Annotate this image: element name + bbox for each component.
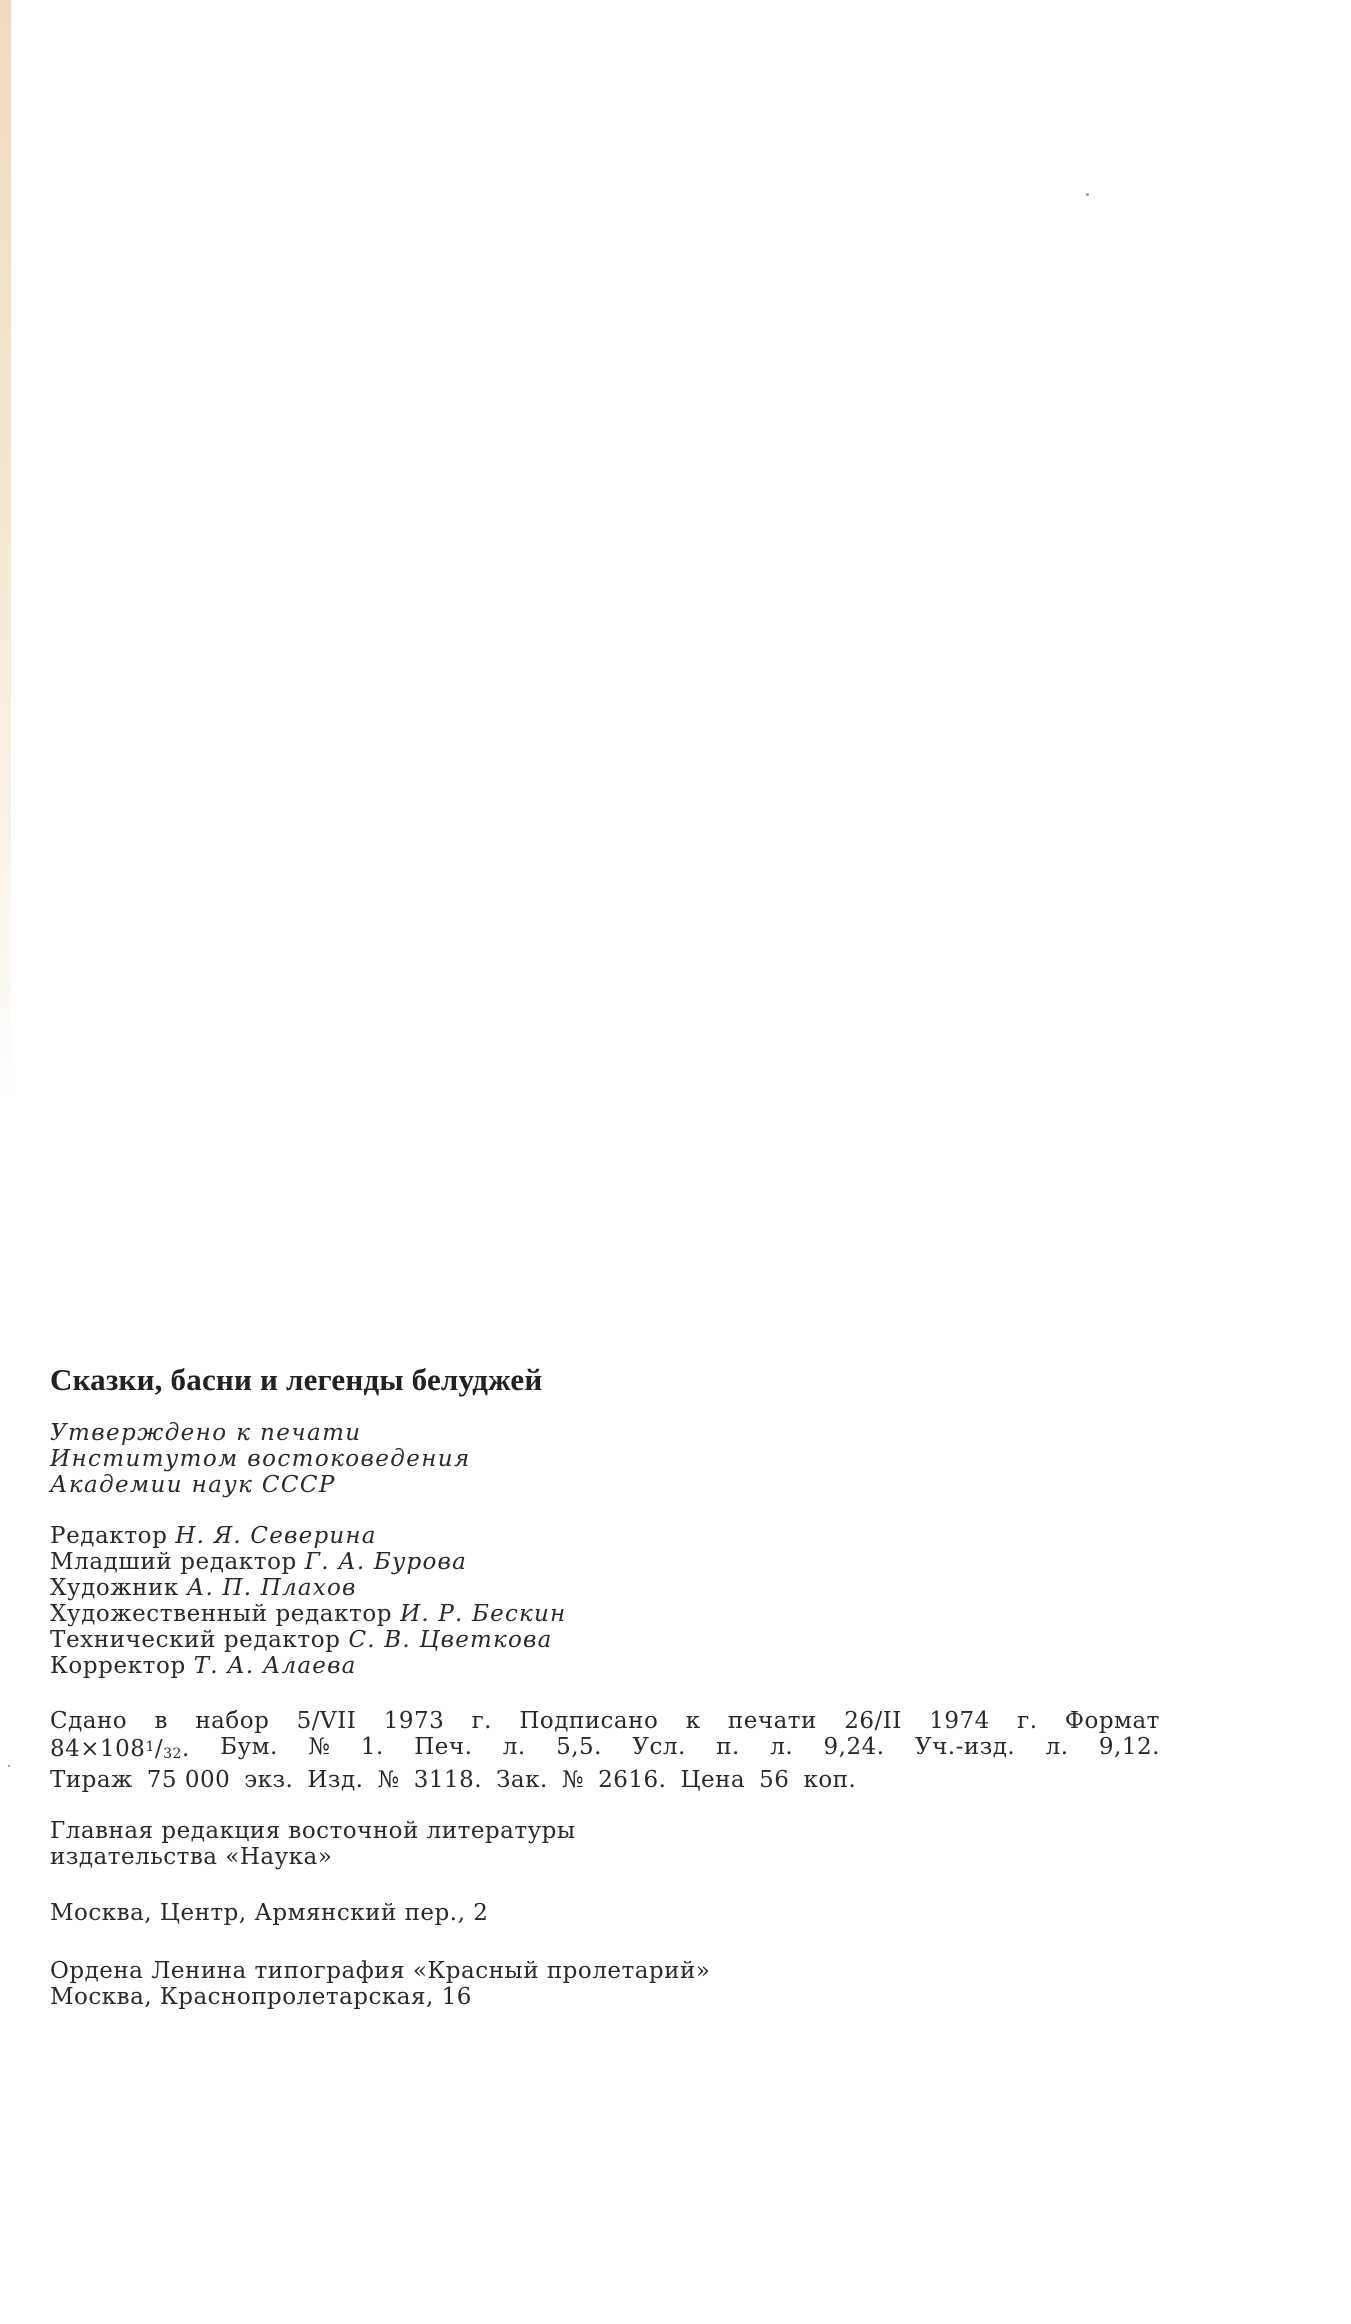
imprint-line-print-run: Тираж75 000экз.Изд.№3118.Зак.№2616.Цена5… (50, 1767, 1160, 1793)
address-line: Москва, Центр, Армянский пер., 2 (50, 1900, 488, 1926)
imprint-word: 9,24. (824, 1734, 885, 1767)
imprint-word: Формат (1065, 1708, 1160, 1734)
imprint-word: л. (770, 1734, 793, 1767)
credit-line: Редактор Н. Я. Северина (50, 1523, 566, 1549)
imprint-word: к (686, 1708, 701, 1734)
publisher-address: Москва, Центр, Армянский пер., 2 (50, 1900, 488, 1926)
credit-name: С. В. Цветкова (348, 1627, 552, 1653)
credit-role: Художник (50, 1575, 179, 1601)
imprint-word: Зак. (496, 1767, 548, 1793)
imprint-details: Сдановнабор5/VII1973г.Подписанокпечати26… (50, 1708, 1160, 1793)
paper-speck (8, 1765, 10, 1767)
imprint-word: 1. (361, 1734, 384, 1767)
imprint-word: 5,5. (556, 1734, 602, 1767)
imprint-word: Печ. (414, 1734, 472, 1767)
imprint-word: п. (716, 1734, 740, 1767)
credit-name: Т. А. Алаева (194, 1653, 357, 1679)
imprint-word: л. (503, 1734, 526, 1767)
imprint-word: 2616. (598, 1767, 666, 1793)
credit-name: Н. Я. Северина (175, 1523, 376, 1549)
imprint-word: в (155, 1708, 168, 1734)
book-title: Сказки, басни и легенды белуджей (50, 1362, 542, 1398)
publisher-line: Главная редакция восточной литературы (50, 1818, 576, 1844)
credit-line: Художественный редактор И. Р. Бескин (50, 1601, 566, 1627)
imprint-word: печати (728, 1708, 817, 1734)
credit-name: А. П. Плахов (187, 1575, 357, 1601)
imprint-word: № (377, 1767, 399, 1793)
imprint-word: Сдано (50, 1708, 127, 1734)
imprint-word: Цена (680, 1767, 745, 1793)
imprint-word: Бум. (220, 1734, 278, 1767)
approval-line: Академии наук СССР (50, 1472, 471, 1498)
imprint-word: 1974 (929, 1708, 990, 1734)
credit-role: Корректор (50, 1653, 186, 1679)
imprint-word: г. (1017, 1708, 1037, 1734)
credit-line: Корректор Т. А. Алаева (50, 1653, 566, 1679)
imprint-word: 56 (759, 1767, 789, 1793)
printer-line: Москва, Краснопролетарская, 16 (50, 1984, 710, 2010)
credit-line: Младший редактор Г. А. Бурова (50, 1549, 566, 1575)
imprint-word: № (562, 1767, 584, 1793)
imprint-word: 1973 (384, 1708, 445, 1734)
imprint-word: 9,12. (1099, 1734, 1160, 1767)
imprint-word: Усл. (632, 1734, 685, 1767)
publisher-info: Главная редакция восточной литературы из… (50, 1818, 576, 1870)
imprint-word: экз. (244, 1767, 293, 1793)
credit-line: Технический редактор С. В. Цветкова (50, 1627, 566, 1653)
imprint-word: набор (195, 1708, 269, 1734)
imprint-line-format: 84×1081/32. Бум.№1.Печ.л.5,5.Усл.п.л.9,2… (50, 1734, 1160, 1767)
approval-line: Утверждено к печати (50, 1420, 471, 1446)
publisher-line: издательства «Наука» (50, 1844, 576, 1870)
paper-edge-tint (0, 0, 11, 1100)
format-value: 84×1081/32. (50, 1734, 190, 1767)
imprint-word: коп. (803, 1767, 856, 1793)
imprint-word: л. (1046, 1734, 1069, 1767)
imprint-word: Уч.-изд. (915, 1734, 1015, 1767)
printer-info: Ордена Ленина типография «Красный пролет… (50, 1958, 710, 2010)
imprint-word: Подписано (519, 1708, 658, 1734)
credit-role: Младший редактор (50, 1549, 297, 1575)
printer-line: Ордена Ленина типография «Красный пролет… (50, 1958, 710, 1984)
credit-line: Художник А. П. Плахов (50, 1575, 566, 1601)
approval-line: Институтом востоковедения (50, 1446, 471, 1472)
imprint-word: № (308, 1734, 330, 1767)
credit-role: Редактор (50, 1523, 167, 1549)
credit-role: Художественный редактор (50, 1601, 392, 1627)
credit-name: И. Р. Бескин (400, 1601, 566, 1627)
imprint-word: 3118. (414, 1767, 482, 1793)
imprint-word: 5/VII (297, 1708, 357, 1734)
credit-role: Технический редактор (50, 1627, 341, 1653)
imprint-word: Тираж (50, 1767, 133, 1793)
credits-list: Редактор Н. Я. Северина Младший редактор… (50, 1523, 566, 1679)
approval-statement: Утверждено к печати Институтом востокове… (50, 1420, 471, 1498)
imprint-word: 26/II (844, 1708, 902, 1734)
imprint-word: Изд. (307, 1767, 363, 1793)
paper-speck (1086, 193, 1089, 196)
imprint-line-dates: Сдановнабор5/VII1973г.Подписанокпечати26… (50, 1708, 1160, 1734)
imprint-word: 75 000 (147, 1767, 230, 1793)
imprint-word: г. (472, 1708, 492, 1734)
credit-name: Г. А. Бурова (305, 1549, 467, 1575)
